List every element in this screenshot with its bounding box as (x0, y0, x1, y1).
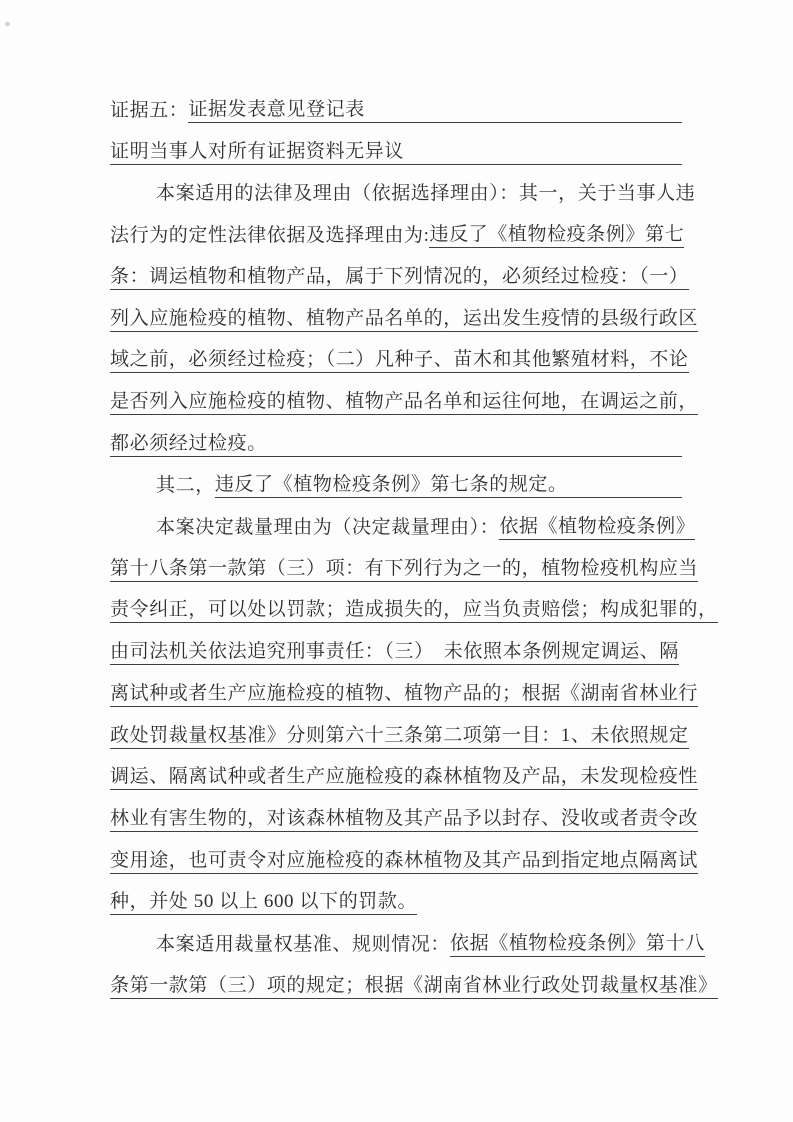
underlined-text: 依据《植物检疫条例》 (499, 517, 695, 540)
underlined-text: 是否列入应施检疫的植物、植物产品名单和运往何地，在调运之前， (110, 392, 698, 415)
document-line: 林业有害生物的，对该森林植物及其产品予以封存、没收或者责令改 (110, 790, 682, 832)
underlined-text: 域之前，必须经过检疫；（二）凡种子、苗木和其他繁殖材料，不论 (110, 350, 689, 373)
underlined-text: 政处罚裁量权基准》分则第六十三条第二项第一目：1、未依照规定 (110, 726, 689, 749)
plain-text: 本案决定裁量理由为（决定裁量理由）： (156, 518, 499, 540)
document-line: 条：调运植物和植物产品，属于下列情况的，必须经过检疫：（一） (110, 248, 682, 290)
scanned-document-page: 证据五：证据发表意见登记表证明当事人对所有证据资料无异议本案适用的法律及理由（依… (0, 0, 793, 1122)
document-line: 域之前，必须经过检疫；（二）凡种子、苗木和其他繁殖材料，不论 (110, 331, 682, 373)
document-line: 离试种或者生产应施检疫的植物、植物产品的；根据《湖南省林业行 (110, 665, 682, 707)
underlined-text: 第十八条第一款第（三）项：有下列行为之一的，植物检疫机构应当 (110, 559, 698, 582)
document-line: 列入应施检疫的植物、植物产品名单的，运出发生疫情的县级行政区 (110, 290, 682, 332)
underlined-text: 种，并处 50 以上 600 以下的罚款。 (110, 892, 417, 915)
document-line: 法行为的定性法律依据及选择理由为:违反了《植物检疫条例》第七 (110, 206, 682, 248)
document-line: 由司法机关依法追究刑事责任：（三） 未依照本条例规定调运、隔 (110, 623, 682, 665)
underlined-text: 依据《植物检疫条例》第十八 (450, 934, 705, 957)
document-line: 变用途，也可责令对应施检疫的森林植物及其产品到指定地点隔离试 (110, 832, 682, 874)
scan-artifact (5, 22, 10, 26)
underlined-text: 条第一款第（三）项的规定；根据《湖南省林业行政处罚裁量权基准》 (110, 976, 718, 999)
plain-text: 证据五： (110, 101, 188, 123)
underlined-text: 违反了《植物检疫条例》第七 (429, 225, 684, 248)
document-line: 第十八条第一款第（三）项：有下列行为之一的，植物检疫机构应当 (110, 540, 682, 582)
underlined-text: 调运、隔离试种或者生产应施检疫的森林植物及产品，未发现检疫性 (110, 767, 698, 790)
document-line: 本案决定裁量理由为（决定裁量理由）：依据《植物检疫条例》 (110, 498, 682, 540)
document-line: 条第一款第（三）项的规定；根据《湖南省林业行政处罚裁量权基准》 (110, 957, 682, 999)
plain-text: 本案适用裁量权基准、规则情况： (156, 935, 450, 957)
underlined-text: 证明当事人对所有证据资料无异议 (110, 142, 404, 165)
document-line: 是否列入应施检疫的植物、植物产品名单和运往何地，在调运之前， (110, 373, 682, 415)
document-line: 调运、隔离试种或者生产应施检疫的森林植物及产品，未发现检疫性 (110, 748, 682, 790)
plain-text: 法行为的定性法律依据及选择理由为: (110, 226, 429, 248)
document-line: 证据五：证据发表意见登记表 (110, 81, 682, 123)
document-line: 都必须经过检疫。 (110, 415, 682, 457)
underlined-text: 列入应施检疫的植物、植物产品名单的，运出发生疫情的县级行政区 (110, 309, 698, 332)
document-line: 政处罚裁量权基准》分则第六十三条第二项第一目：1、未依照规定 (110, 707, 682, 749)
document-line: 证明当事人对所有证据资料无异议 (110, 123, 682, 165)
underlined-text: 都必须经过检疫。 (110, 434, 267, 457)
document-line: 本案适用裁量权基准、规则情况：依据《植物检疫条例》第十八 (110, 915, 682, 957)
underlined-text: 条：调运植物和植物产品，属于下列情况的，必须经过检疫：（一） (110, 267, 689, 290)
underlined-text: 由司法机关依法追究刑事责任：（三） 未依照本条例规定调运、隔 (110, 642, 679, 665)
underlined-text: 林业有害生物的，对该森林植物及其产品予以封存、没收或者责令改 (110, 809, 698, 832)
plain-text: 本案适用的法律及理由（依据选择理由）：其一，关于当事人违 (156, 184, 695, 206)
document-line: 种，并处 50 以上 600 以下的罚款。 (110, 873, 682, 915)
underlined-text: 离试种或者生产应施检疫的植物、植物产品的；根据《湖南省林业行 (110, 684, 698, 707)
document-line: 其二，违反了《植物检疫条例》第七条的规定。 (110, 456, 682, 498)
underlined-text: 责令纠正，可以处以罚款；造成损失的，应当负责赔偿；构成犯罪的， (110, 600, 718, 623)
document-line: 责令纠正，可以处以罚款；造成损失的，应当负责赔偿；构成犯罪的， (110, 581, 682, 623)
underlined-text: 变用途，也可责令对应施检疫的森林植物及其产品到指定地点隔离试 (110, 851, 698, 874)
underlined-text: 证据发表意见登记表 (188, 100, 364, 123)
document-line: 本案适用的法律及理由（依据选择理由）：其一，关于当事人违 (110, 164, 682, 206)
underlined-text: 违反了《植物检疫条例》第七条的规定。 (215, 475, 568, 498)
plain-text: 其二， (156, 476, 215, 498)
